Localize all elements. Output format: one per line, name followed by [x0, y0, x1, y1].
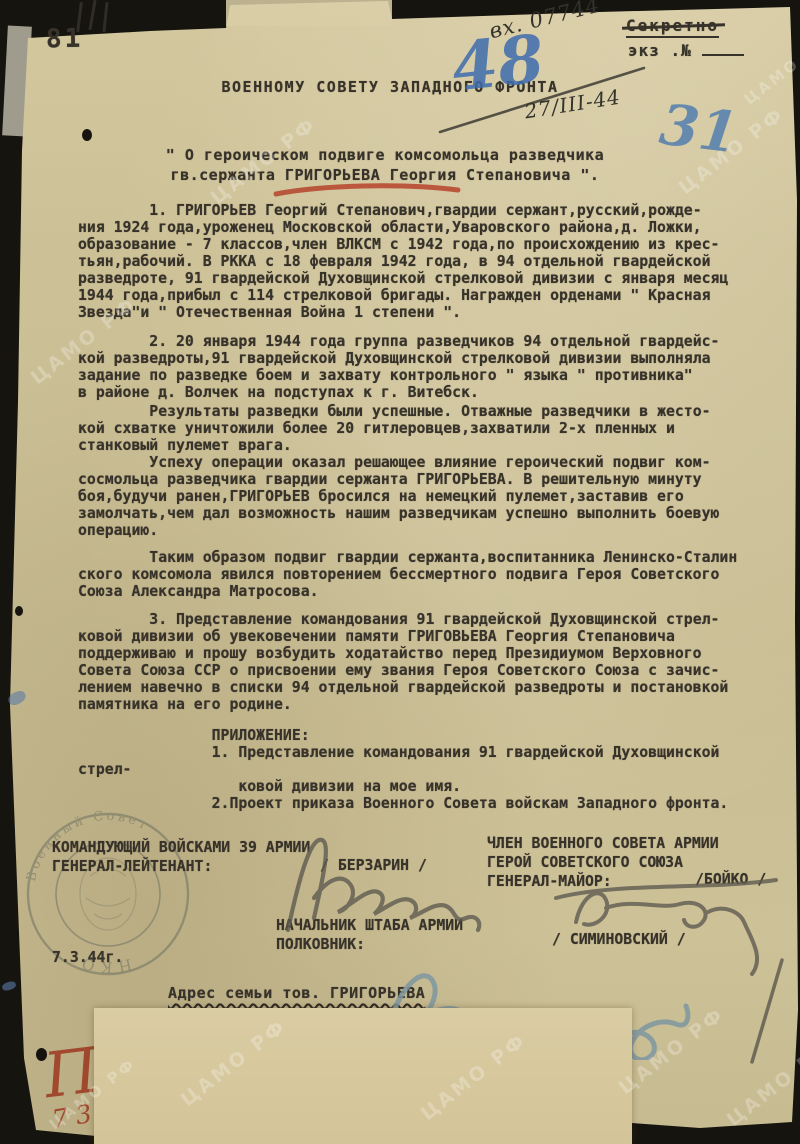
document-title: " О героическом подвиге комсомольца разв… [0, 146, 770, 185]
paragraph-4: Успеху операции оказал решающее влияние … [78, 454, 778, 539]
paragraph-2: 2. 20 января 1944 года группа разведчико… [78, 333, 778, 401]
paragraph-3: Результаты разведки были успешные. Отваж… [78, 403, 778, 454]
member-title: ЧЛЕН ВОЕННОГО СОВЕТА АРМИИ [487, 834, 719, 853]
edge-smudge [15, 606, 23, 616]
classification-label: Секретно [626, 16, 719, 38]
punch-hole [36, 1048, 47, 1061]
blue-pencil-smudge [1, 980, 17, 992]
paragraph-1: 1. ГРИГОРЬЕВ Георгий Степанович,гвардии … [78, 202, 778, 321]
paragraph-6: 3. Представление командования 91 гвардей… [78, 611, 778, 713]
commander-rank: ГЕНЕРАЛ-ЛЕЙТЕНАНТ: [52, 857, 212, 876]
scanned-document-page: Военный Совет НКО 81 Секретно экз .№ вх.… [0, 0, 800, 1144]
pencil-slash-mark [744, 952, 788, 1070]
red-handwritten-date: 7 3 [50, 1099, 94, 1134]
punch-hole [82, 129, 92, 141]
red-underline [272, 182, 462, 198]
document-body: 1. ГРИГОРЬЕВ Георгий Степанович,гвардии … [78, 202, 778, 812]
edge-smudge [2, 346, 11, 362]
attachments-list: ПРИЛОЖЕНИЕ: 1. Представление командовани… [78, 727, 778, 812]
copy-number-blank [702, 40, 744, 56]
handwritten-blue-number: 31 [656, 91, 741, 166]
document-date: 7.3.44г. [52, 948, 123, 967]
pen-stroke-mark [88, 0, 96, 30]
handwritten-strike-stroke [430, 40, 660, 140]
redaction-paper-patch [94, 1008, 632, 1144]
paper-tab [226, 0, 392, 26]
paragraph-5: Таким образом подвиг гвардии сержанта,во… [78, 549, 778, 600]
pen-stroke-mark [102, 2, 108, 32]
page-number-stamp: 81 [46, 24, 84, 55]
classification-block: Секретно [626, 16, 719, 38]
